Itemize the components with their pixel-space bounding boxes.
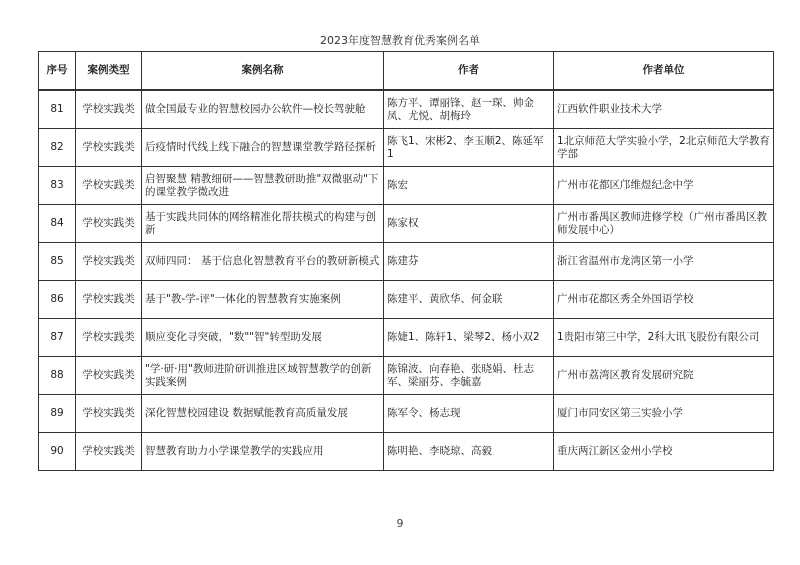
author-cell: 陈军令、杨志现 (384, 395, 554, 433)
author-cell: 陈宏 (384, 167, 554, 205)
case-type-cell: 学校实践类 (76, 395, 142, 433)
case-type-cell: 学校实践类 (76, 90, 142, 129)
case-list-table: 序号 案例类型 案例名称 作者 作者单位 81学校实践类做全国最专业的智慧校园办… (38, 51, 774, 471)
author-unit-cell: 1贵阳市第三中学，2科大讯飞股份有限公司 (554, 319, 774, 357)
author-unit-cell: 江西软件职业技术大学 (554, 90, 774, 129)
author-unit-cell: 广州市花都区邝维煜纪念中学 (554, 167, 774, 205)
document-title: 2023年度智慧教育优秀案例名单 (0, 32, 800, 48)
page-number: 9 (0, 517, 800, 530)
table-row: 81学校实践类做全国最专业的智慧校园办公软件—校长驾驶舱陈方平、谭丽锋、赵一琛、… (39, 90, 774, 129)
table-row: 89学校实践类深化智慧校园建设 数据赋能教育高质量发展陈军令、杨志现厦门市同安区… (39, 395, 774, 433)
case-name-cell: "学·研·用"教师进阶研训推进区域智慧教学的创新实践案例 (142, 357, 384, 395)
author-cell: 陈建芬 (384, 243, 554, 281)
case-type-cell: 学校实践类 (76, 205, 142, 243)
author-cell: 陈飞1、宋彬2、李玉顺2、陈延军1 (384, 129, 554, 167)
row-number-cell: 87 (39, 319, 76, 357)
header-author-unit: 作者单位 (554, 52, 774, 91)
author-unit-cell: 重庆两江新区金州小学校 (554, 433, 774, 471)
case-name-cell: 基于实践共同体的网络精准化帮扶模式的构建与创新 (142, 205, 384, 243)
row-number-cell: 88 (39, 357, 76, 395)
case-type-cell: 学校实践类 (76, 243, 142, 281)
header-case-type: 案例类型 (76, 52, 142, 91)
table-row: 87学校实践类顺应变化寻突破，"数""智"转型助发展陈婕1、陈轩1、梁琴2、杨小… (39, 319, 774, 357)
table-row: 86学校实践类基于"教-学-评"一体化的智慧教育实施案例陈建平、黄欣华、何金联广… (39, 281, 774, 319)
author-unit-cell: 广州市番禺区教师进修学校（广州市番禺区教师发展中心） (554, 205, 774, 243)
row-number-cell: 81 (39, 90, 76, 129)
case-name-cell: 顺应变化寻突破，"数""智"转型助发展 (142, 319, 384, 357)
author-unit-cell: 厦门市同安区第三实验小学 (554, 395, 774, 433)
author-unit-cell: 广州市荔湾区教育发展研究院 (554, 357, 774, 395)
case-type-cell: 学校实践类 (76, 319, 142, 357)
author-unit-cell: 浙江省温州市龙湾区第一小学 (554, 243, 774, 281)
row-number-cell: 89 (39, 395, 76, 433)
author-cell: 陈方平、谭丽锋、赵一琛、帅金凤、尤悦、胡梅玲 (384, 90, 554, 129)
case-name-cell: 做全国最专业的智慧校园办公软件—校长驾驶舱 (142, 90, 384, 129)
case-type-cell: 学校实践类 (76, 281, 142, 319)
case-name-cell: 双师四同： 基于信息化智慧教育平台的教研新模式 (142, 243, 384, 281)
header-author: 作者 (384, 52, 554, 91)
author-cell: 陈婕1、陈轩1、梁琴2、杨小双2 (384, 319, 554, 357)
table-row: 90学校实践类智慧教育助力小学课堂教学的实践应用陈明艳、李晓琼、高毅重庆两江新区… (39, 433, 774, 471)
case-type-cell: 学校实践类 (76, 357, 142, 395)
case-name-cell: 智慧教育助力小学课堂教学的实践应用 (142, 433, 384, 471)
case-type-cell: 学校实践类 (76, 167, 142, 205)
author-cell: 陈家权 (384, 205, 554, 243)
case-name-cell: 深化智慧校园建设 数据赋能教育高质量发展 (142, 395, 384, 433)
case-name-cell: 启智聚慧 精教细研——智慧教研助推"双微驱动"下的课堂教学微改进 (142, 167, 384, 205)
table-row: 88学校实践类"学·研·用"教师进阶研训推进区域智慧教学的创新实践案例陈锦波、向… (39, 357, 774, 395)
table-row: 83学校实践类启智聚慧 精教细研——智慧教研助推"双微驱动"下的课堂教学微改进陈… (39, 167, 774, 205)
author-cell: 陈明艳、李晓琼、高毅 (384, 433, 554, 471)
author-cell: 陈锦波、向春艳、张晓娟、杜志军、梁丽芬、李毓嘉 (384, 357, 554, 395)
author-unit-cell: 广州市花都区秀全外国语学校 (554, 281, 774, 319)
table-row: 82学校实践类后疫情时代线上线下融合的智慧课堂教学路径探析陈飞1、宋彬2、李玉顺… (39, 129, 774, 167)
row-number-cell: 86 (39, 281, 76, 319)
header-case-name: 案例名称 (142, 52, 384, 91)
row-number-cell: 84 (39, 205, 76, 243)
table-row: 84学校实践类基于实践共同体的网络精准化帮扶模式的构建与创新陈家权广州市番禺区教… (39, 205, 774, 243)
row-number-cell: 85 (39, 243, 76, 281)
case-name-cell: 基于"教-学-评"一体化的智慧教育实施案例 (142, 281, 384, 319)
case-type-cell: 学校实践类 (76, 433, 142, 471)
row-number-cell: 90 (39, 433, 76, 471)
author-cell: 陈建平、黄欣华、何金联 (384, 281, 554, 319)
author-unit-cell: 1北京师范大学实验小学，2北京师范大学教育学部 (554, 129, 774, 167)
row-number-cell: 82 (39, 129, 76, 167)
case-name-cell: 后疫情时代线上线下融合的智慧课堂教学路径探析 (142, 129, 384, 167)
table-header-row: 序号 案例类型 案例名称 作者 作者单位 (39, 52, 774, 91)
header-number: 序号 (39, 52, 76, 91)
row-number-cell: 83 (39, 167, 76, 205)
case-type-cell: 学校实践类 (76, 129, 142, 167)
table-row: 85学校实践类双师四同： 基于信息化智慧教育平台的教研新模式陈建芬浙江省温州市龙… (39, 243, 774, 281)
